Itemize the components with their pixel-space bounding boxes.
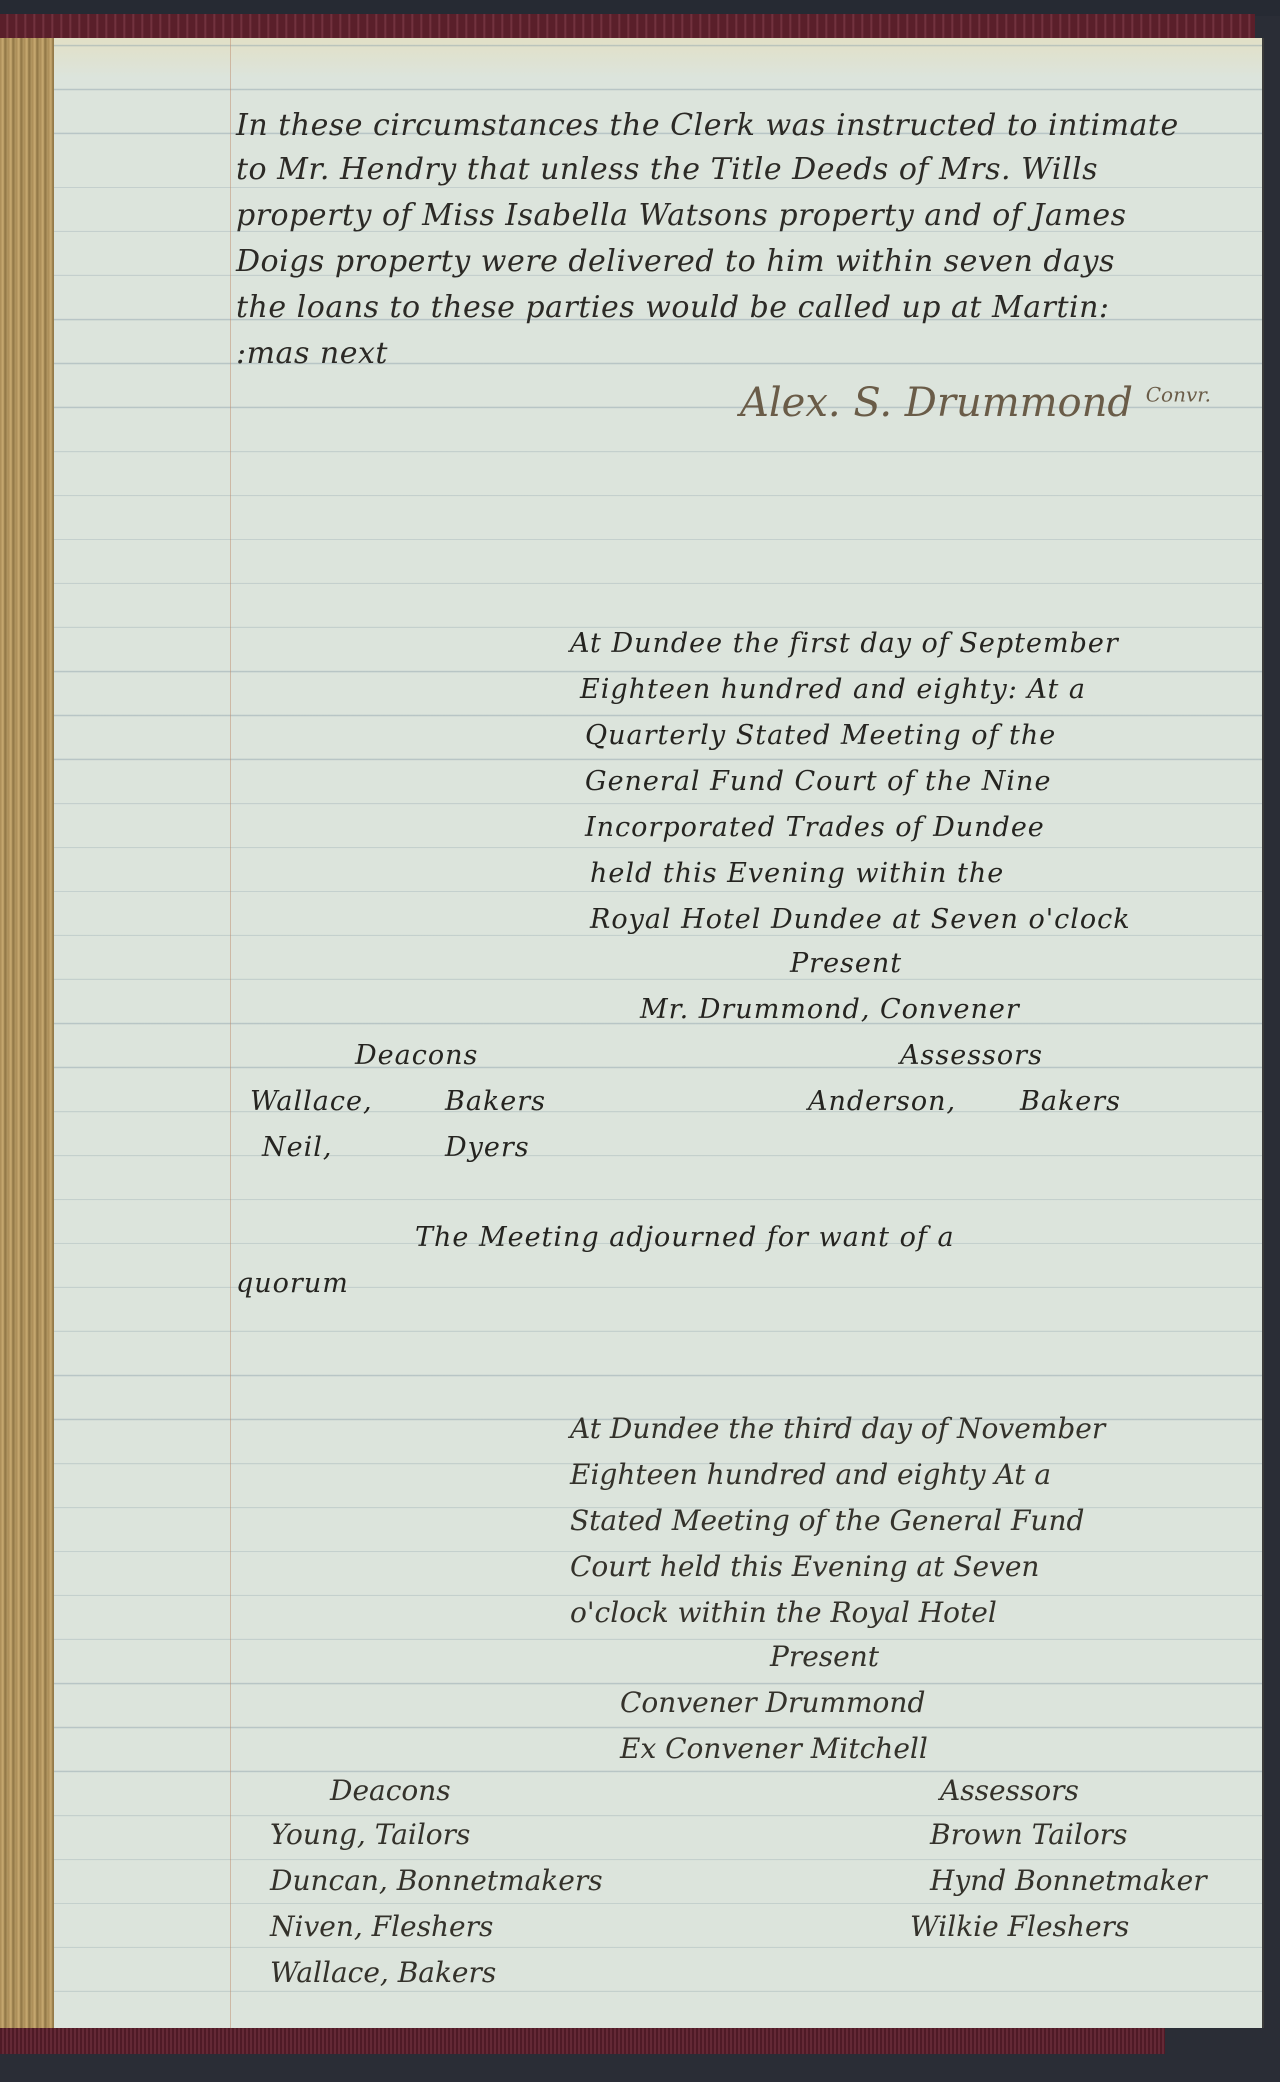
entry1-line-1: In these circumstances the Clerk was ins…: [236, 108, 1179, 143]
entry3-assessor-2: Hynd Bonnetmaker: [930, 1864, 1207, 1897]
entry3-assessors-label: Assessors: [940, 1774, 1079, 1807]
background-bottom: [0, 2054, 1280, 2082]
entry2-heading-line-2: Eighteen hundred and eighty: At a: [580, 674, 1086, 705]
entry3-heading-line-4: Court held this Evening at Seven: [570, 1550, 1039, 1583]
entry3-present-2: Ex Convener Mitchell: [620, 1732, 928, 1765]
entry2-assessor-1-trade: Bakers: [1020, 1086, 1121, 1117]
entry3-heading-line-5: o'clock within the Royal Hotel: [570, 1596, 997, 1629]
signature: Alex. S. Drummond Convr.: [740, 380, 1211, 426]
entry2-heading-line-5: Incorporated Trades of Dundee: [585, 812, 1045, 843]
entry2-minute-line-1: The Meeting adjourned for want of a: [415, 1222, 955, 1253]
signature-suffix: Convr.: [1146, 383, 1211, 407]
entry3-deacon-4: Wallace, Bakers: [270, 1956, 496, 1989]
entry2-heading-line-3: Quarterly Stated Meeting of the: [585, 720, 1056, 751]
entry3-present-label: Present: [770, 1640, 879, 1673]
entry2-deacons-label: Deacons: [355, 1040, 478, 1071]
entry3-present-1: Convener Drummond: [620, 1686, 925, 1719]
entry3-deacon-1: Young, Tailors: [270, 1818, 470, 1851]
entry1-line-2: to Mr. Hendry that unless the Title Deed…: [236, 152, 1098, 187]
margin-rule: [230, 38, 231, 2028]
entry2-heading-line-6: held this Evening within the: [590, 858, 1004, 889]
entry3-assessor-1: Brown Tailors: [930, 1818, 1127, 1851]
entry3-deacon-3: Niven, Fleshers: [270, 1910, 493, 1943]
entry2-assessor-1-name: Anderson,: [808, 1086, 956, 1117]
entry2-heading-line-4: General Fund Court of the Nine: [585, 766, 1051, 797]
entry2-assessors-label: Assessors: [900, 1040, 1043, 1071]
entry2-present-label: Present: [790, 948, 902, 979]
entry1-line-4: Doigs property were delivered to him wit…: [236, 244, 1115, 279]
entry3-assessor-3: Wilkie Fleshers: [910, 1910, 1129, 1943]
entry2-heading-line-7: Royal Hotel Dundee at Seven o'clock: [590, 904, 1131, 935]
book-binding-top: [0, 14, 1255, 40]
entry2-heading-line-1: At Dundee the first day of September: [570, 628, 1119, 659]
book-binding-bottom: [0, 2028, 1165, 2054]
entry2-deacon-2-trade: Dyers: [445, 1132, 530, 1163]
entry2-convener: Mr. Drummond, Convener: [640, 994, 1020, 1025]
entry2-minute-line-2: quorum: [236, 1268, 349, 1299]
page-edges-stack: [0, 38, 56, 2030]
entry2-deacon-1-trade: Bakers: [445, 1086, 546, 1117]
entry2-deacon-1-name: Wallace,: [250, 1086, 373, 1117]
entry1-line-3: property of Miss Isabella Watsons proper…: [236, 198, 1126, 233]
entry3-heading-line-1: At Dundee the third day of November: [570, 1412, 1105, 1445]
entry3-heading-line-2: Eighteen hundred and eighty At a: [570, 1458, 1051, 1491]
entry3-deacons-label: Deacons: [330, 1774, 451, 1807]
entry2-deacon-2-name: Neil,: [262, 1132, 332, 1163]
entry3-heading-line-3: Stated Meeting of the General Fund: [570, 1504, 1084, 1537]
entry3-deacon-2: Duncan, Bonnetmakers: [270, 1864, 603, 1897]
entry1-line-6: :mas next: [236, 336, 388, 371]
signature-name: Alex. S. Drummond: [740, 380, 1133, 426]
entry1-line-5: the loans to these parties would be call…: [236, 290, 1110, 325]
